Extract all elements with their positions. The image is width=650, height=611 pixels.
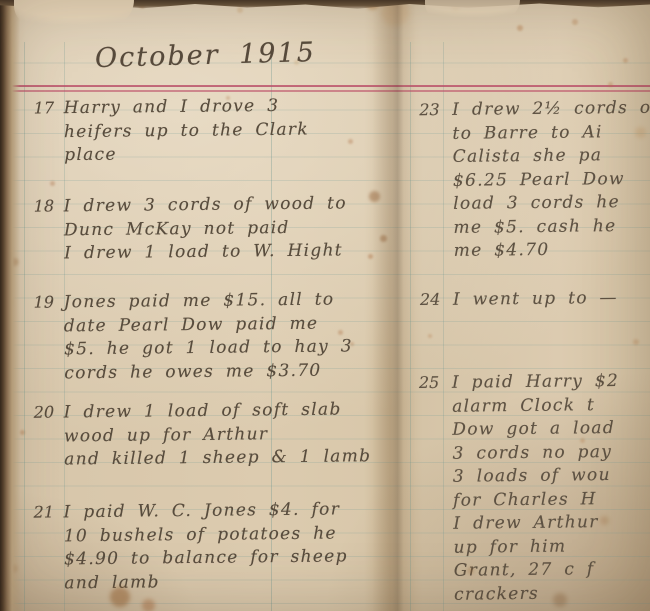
- entry-line: me $4.70: [454, 238, 650, 264]
- stain-spot: [381, 0, 409, 26]
- day-number: 18: [34, 195, 65, 266]
- stain-spot: [608, 82, 613, 87]
- stain-spot: [635, 127, 646, 138]
- entry-line: place: [64, 142, 309, 168]
- stain-spot: [553, 593, 567, 607]
- right-page-date-column-rule: [443, 42, 444, 611]
- red-header-rule-top: [0, 85, 650, 87]
- torn-paper-edge: [14, 0, 134, 26]
- entry-line: $4.90 to balance for sheep: [64, 545, 348, 571]
- red-header-rule-bottom: [0, 90, 650, 92]
- day-number: 25: [419, 372, 454, 607]
- stain-spot: [365, 0, 380, 10]
- book-left-edge: [0, 0, 20, 611]
- entry-line: I drew 2½ cords o: [452, 97, 650, 123]
- entry-line: cords he owes me $3.70: [64, 359, 353, 386]
- stain-spot: [467, 567, 474, 574]
- page-title: October 1915: [95, 37, 317, 74]
- ledger-entry-day-20: 20I drew 1 load of soft slabwood up for …: [34, 398, 372, 472]
- entry-line: Dunc McKay not paid: [64, 216, 347, 242]
- stain-spot: [83, 1, 94, 12]
- entry-line: I went up to —: [453, 287, 618, 312]
- entry-line: Jones paid me $15. all to: [64, 288, 353, 315]
- stain-spot: [20, 430, 25, 435]
- left-page-date-column-rule: [64, 42, 65, 611]
- left-page-entries: 17Harry and I drove 3heifers up to the C…: [0, 0, 650, 611]
- day-number: 19: [34, 291, 65, 385]
- stain-spot: [10, 258, 18, 266]
- left-page-margin-rule: [24, 42, 25, 611]
- page-gutter-shadow: [372, 0, 416, 611]
- entry-line: up for him: [453, 534, 620, 559]
- ledger-entry-day-23: 23I drew 2½ cords oto Barre to AiCalista…: [419, 97, 650, 264]
- ledger-entry-day-21: 21I paid W. C. Jones $4. for10 bushels o…: [34, 498, 349, 595]
- stain-spot: [428, 334, 432, 338]
- stain-spot: [350, 342, 354, 346]
- entry-line: I drew Arthur: [453, 511, 620, 536]
- book-top-edge: [0, 0, 650, 10]
- ledger-entry-day-17: 17Harry and I drove 3heifers up to the C…: [34, 95, 310, 168]
- entry-line: Dow got a load: [452, 417, 619, 442]
- ledger-entry-day-24: 24I went up to —: [420, 287, 618, 313]
- entry-line: date Pearl Dow paid me: [64, 312, 353, 339]
- stain-spot: [5, 299, 12, 306]
- stain-spot: [580, 438, 585, 443]
- ledger-entry-day-18: 18I drew 3 cords of wood toDunc McKay no…: [34, 192, 348, 266]
- entry-line: alarm Clock t: [452, 393, 619, 418]
- photo-vignette: [0, 0, 650, 611]
- entry-line: 3 loads of wou: [453, 464, 620, 489]
- right-page-entries: 23I drew 2½ cords oto Barre to AiCalista…: [0, 0, 650, 611]
- entry-line: 10 bushels of potatoes he: [64, 522, 348, 548]
- stain-spot: [50, 181, 55, 186]
- right-page-margin-rule: [410, 42, 411, 611]
- stain-spot: [338, 330, 343, 335]
- stain-spot: [226, 96, 230, 100]
- entry-line: heifers up to the Clark: [64, 118, 309, 144]
- entry-line: and lamb: [64, 569, 348, 595]
- entry-line: I drew 3 cords of wood to: [64, 192, 347, 218]
- stain-spots: [0, 0, 650, 611]
- stain-spot: [348, 139, 353, 144]
- stain-spot: [380, 235, 387, 242]
- entry-line: 3 cords no pay: [453, 440, 620, 465]
- entry-line: Calista she pa: [453, 144, 650, 170]
- stain-spot: [368, 254, 373, 259]
- entry-line: I paid Harry $2: [452, 370, 619, 395]
- stain-spot: [110, 587, 130, 607]
- stain-spot: [517, 25, 523, 31]
- day-number: 24: [420, 289, 453, 313]
- stain-spot: [138, 0, 146, 8]
- day-number: 17: [34, 97, 65, 168]
- entry-line: Grant, 27 c f: [454, 558, 621, 583]
- entry-line: me $5. cash he: [453, 214, 650, 240]
- stain-spot: [600, 516, 609, 525]
- entry-line: Harry and I drove 3: [64, 95, 309, 121]
- torn-paper-edge-2: [425, 0, 520, 18]
- entry-line: to Barre to Ai: [452, 120, 650, 146]
- horizontal-ruled-lines: [0, 40, 650, 611]
- ledger-photo: October 1915 17Harry and I drove 3heifer…: [0, 0, 650, 611]
- entry-line: $6.25 Pearl Dow: [453, 167, 650, 193]
- stain-spot: [623, 58, 628, 63]
- day-number: 20: [34, 401, 65, 472]
- ledger-entry-day-19: 19Jones paid me $15. all todate Pearl Do…: [34, 288, 354, 385]
- entry-line: and killed 1 sheep & 1 lamb: [64, 445, 371, 472]
- left-page-cents-column-rule: [271, 42, 272, 611]
- stain-spot: [8, 564, 17, 573]
- entry-line: $5. he got 1 load to hay 3: [64, 335, 353, 362]
- day-number: 21: [34, 501, 65, 595]
- stain-spot: [237, 7, 243, 13]
- entry-line: for Charles H: [453, 487, 620, 512]
- entry-line: load 3 cords he: [453, 191, 650, 217]
- stain-spot: [572, 19, 578, 25]
- stain-spot: [142, 599, 155, 611]
- ledger-entry-day-25: 25I paid Harry $2alarm Clock tDow got a …: [419, 370, 622, 607]
- entry-line: wood up for Arthur: [64, 422, 371, 449]
- entry-line: crackers: [454, 581, 621, 606]
- stain-spot: [369, 191, 380, 202]
- entry-line: I drew 1 load of soft slab: [64, 398, 371, 425]
- stain-spot: [633, 339, 639, 345]
- day-number: 23: [419, 99, 454, 264]
- entry-line: I drew 1 load to W. Hight: [64, 239, 347, 265]
- stain-spot: [451, 2, 460, 11]
- entry-line: I paid W. C. Jones $4. for: [64, 498, 348, 524]
